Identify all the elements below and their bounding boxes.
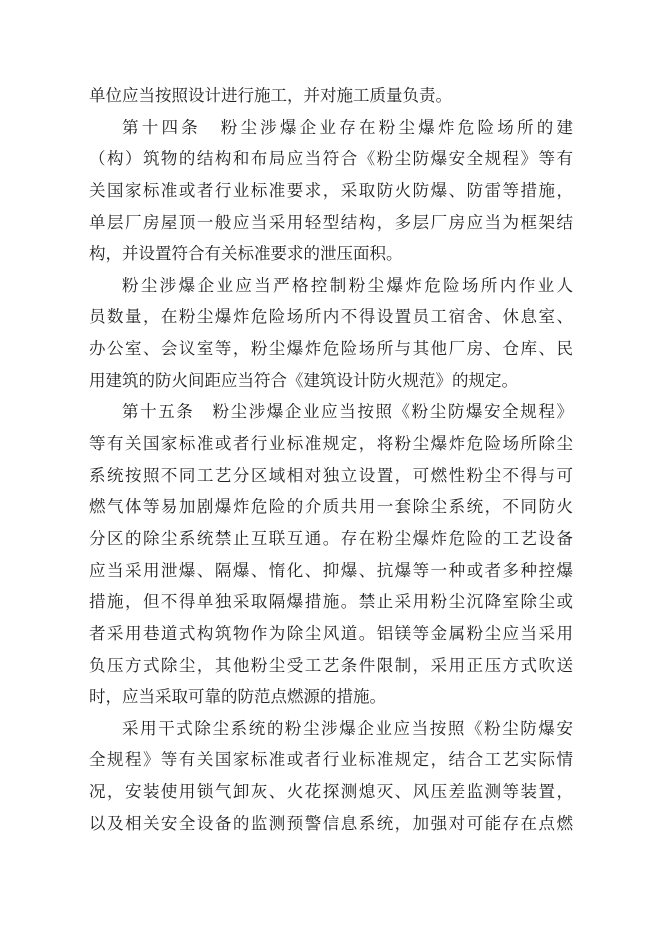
- text-line: 系统按照不同工艺分区域相对独立设置，可燃性粉尘不得与可: [89, 460, 573, 492]
- text-line: 时，应当采取可靠的防范点燃源的措施。: [89, 681, 573, 713]
- text-line: 措施，但不得单独采取隔爆措施。禁止采用粉尘沉降室除尘或: [89, 586, 573, 618]
- text-line: 况，安装使用锁气卸灰、火花探测熄灭、风压差监测等装置，: [89, 776, 573, 808]
- text-line: 以及相关安全设备的监测预警信息系统，加强对可能存在点燃: [89, 808, 573, 840]
- text-line: 构，并设置符合有关标准要求的泄压面积。: [89, 238, 573, 270]
- text-line: 应当采用泄爆、隔爆、惰化、抑爆、抗爆等一种或者多种控爆: [89, 555, 573, 587]
- text-line: 者采用巷道式构筑物作为除尘风道。铝镁等金属粉尘应当采用: [89, 618, 573, 650]
- text-line: 分区的除尘系统禁止互联互通。存在粉尘爆炸危险的工艺设备: [89, 523, 573, 555]
- text-line: 办公室、会议室等，粉尘爆炸危险场所与其他厂房、仓库、民: [89, 333, 573, 365]
- text-line: 用建筑的防火间距应当符合《建筑设计防火规范》的规定。: [89, 365, 573, 397]
- text-line: （构）筑物的结构和布局应当符合《粉尘防爆安全规程》等有: [89, 143, 573, 175]
- text-line: 第十四条 粉尘涉爆企业存在粉尘爆炸危险场所的建: [89, 112, 573, 144]
- text-line: 关国家标准或者行业标准要求，采取防火防爆、防雷等措施，: [89, 175, 573, 207]
- text-line: 粉尘涉爆企业应当严格控制粉尘爆炸危险场所内作业人: [89, 270, 573, 302]
- text-line: 等有关国家标准或者行业标准规定，将粉尘爆炸危险场所除尘: [89, 428, 573, 460]
- text-line: 燃气体等易加剧爆炸危险的介质共用一套除尘系统，不同防火: [89, 491, 573, 523]
- text-line: 第十五条 粉尘涉爆企业应当按照《粉尘防爆安全规程》: [89, 396, 573, 428]
- text-line: 全规程》等有关国家标准或者行业标准规定，结合工艺实际情: [89, 744, 573, 776]
- text-line: 单位应当按照设计进行施工，并对施工质量负责。: [89, 80, 573, 112]
- document-page: 单位应当按照设计进行施工，并对施工质量负责。 第十四条 粉尘涉爆企业存在粉尘爆炸…: [0, 0, 662, 936]
- text-line: 负压方式除尘，其他粉尘受工艺条件限制，采用正压方式吹送: [89, 650, 573, 682]
- document-body: 单位应当按照设计进行施工，并对施工质量负责。 第十四条 粉尘涉爆企业存在粉尘爆炸…: [89, 80, 573, 839]
- text-line: 采用干式除尘系统的粉尘涉爆企业应当按照《粉尘防爆安: [89, 713, 573, 745]
- text-line: 员数量，在粉尘爆炸危险场所内不得设置员工宿舍、休息室、: [89, 301, 573, 333]
- text-line: 单层厂房屋顶一般应当采用轻型结构，多层厂房应当为框架结: [89, 207, 573, 239]
